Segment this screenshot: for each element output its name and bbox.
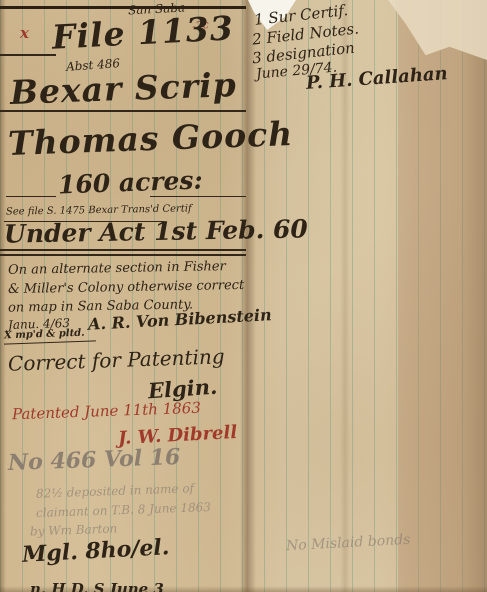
bottom-ink-note: Mgl. 8ho/el.: [21, 536, 169, 567]
ledger-line-short: [0, 54, 56, 56]
scanned-document: San Saba x -7c File 1133 Abst 486 Bexar …: [0, 0, 487, 592]
ledger-line-double-b: [0, 254, 246, 256]
act-title: Under Act 1st Feb. 60: [4, 216, 308, 248]
ledger-line-double-a: [0, 249, 246, 251]
alternate-section-note-line1: On an alternate section in Fisher: [8, 260, 226, 277]
correct-for-patenting-line: Correct for Patenting: [8, 346, 225, 375]
red-check-mark: x: [20, 26, 29, 42]
deposit-pencil-note-line3: by Wm Barton: [30, 522, 118, 538]
acreage-line: 160 acres:: [58, 167, 204, 198]
patent-volume-line: No 466 Vol 16: [8, 446, 181, 475]
acres-underline-right: [150, 196, 246, 197]
patented-date-line: Patented June 11th 1863: [12, 401, 201, 423]
right-pencil-note: No Mislaid bonds: [286, 533, 411, 554]
fold-crease: [240, 0, 256, 592]
bottom-cutoff-text: n. H D. S June 3: [30, 582, 164, 592]
alternate-section-note-line2: & Miller's Colony otherwise correct: [8, 279, 244, 297]
file-number-title: File 1133: [51, 11, 234, 55]
left-paper-edge: [0, 0, 6, 592]
right-page-stain: [398, 0, 487, 592]
deposit-pencil-note-line2: claimant on T.B. 8 June 1863: [36, 501, 211, 520]
deposit-pencil-note-line1: 82½ deposited in name of: [36, 482, 194, 500]
mapped-platted-note: X mp'd & pltd.: [4, 329, 85, 342]
acres-underline-left: [6, 196, 56, 197]
scrip-title: Bexar Scrip: [9, 68, 237, 111]
